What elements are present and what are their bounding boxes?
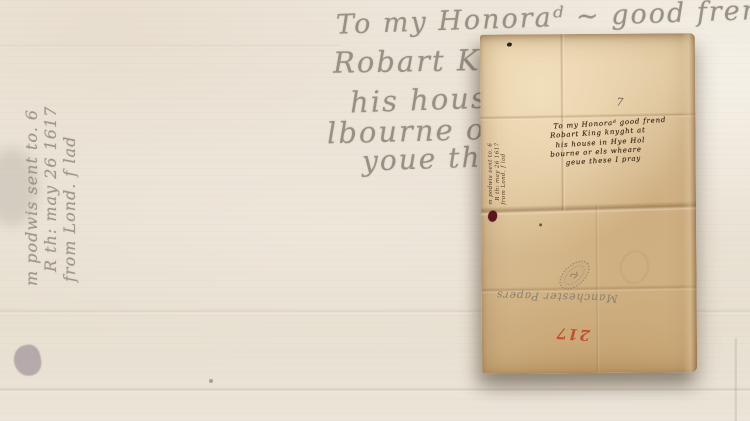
background-docket-rotated: m podwis sent to. 6 R th: may 26 1617 fr… <box>22 36 79 286</box>
embossed-oval-seal-icon <box>555 257 593 293</box>
letter-address-panel: To my Honoraᵈ good frend Robart King kny… <box>547 115 686 169</box>
background-docket-line: from Lond. f lad <box>60 36 79 282</box>
worn-paper-edge <box>681 33 697 372</box>
small-spot <box>539 223 542 226</box>
background-fold-line-vertical <box>734 338 738 421</box>
folded-letter: 7 m podwis sent to. 6 R th: may 26 1617 … <box>480 33 697 373</box>
archive-note-upside-down: Manchester Papers <box>493 289 617 305</box>
letter-docket-line: from Lond. f lad <box>501 123 508 205</box>
inventory-number-upside-down: 217 <box>555 324 590 344</box>
letter-fold-crease <box>481 201 696 216</box>
wax-spot <box>488 211 497 222</box>
faint-circular-stain <box>617 248 652 287</box>
letter-fold-crease-vertical <box>595 206 600 374</box>
small-ink-speck <box>209 379 213 383</box>
background-docket-line: m podwis sent to. 6 <box>22 36 41 286</box>
background-docket-line: R th: may 26 1617 <box>41 36 60 272</box>
photo-stage: To my Honoraᵈ ~ good frend Robart Kirg h… <box>0 0 750 421</box>
pencil-numeral: 7 <box>616 96 624 109</box>
letter-docket-rotated: m podwis sent to. 6 R th: may 26 1617 fr… <box>487 123 507 205</box>
background-fold-line <box>0 387 750 393</box>
ink-spot <box>507 43 512 47</box>
